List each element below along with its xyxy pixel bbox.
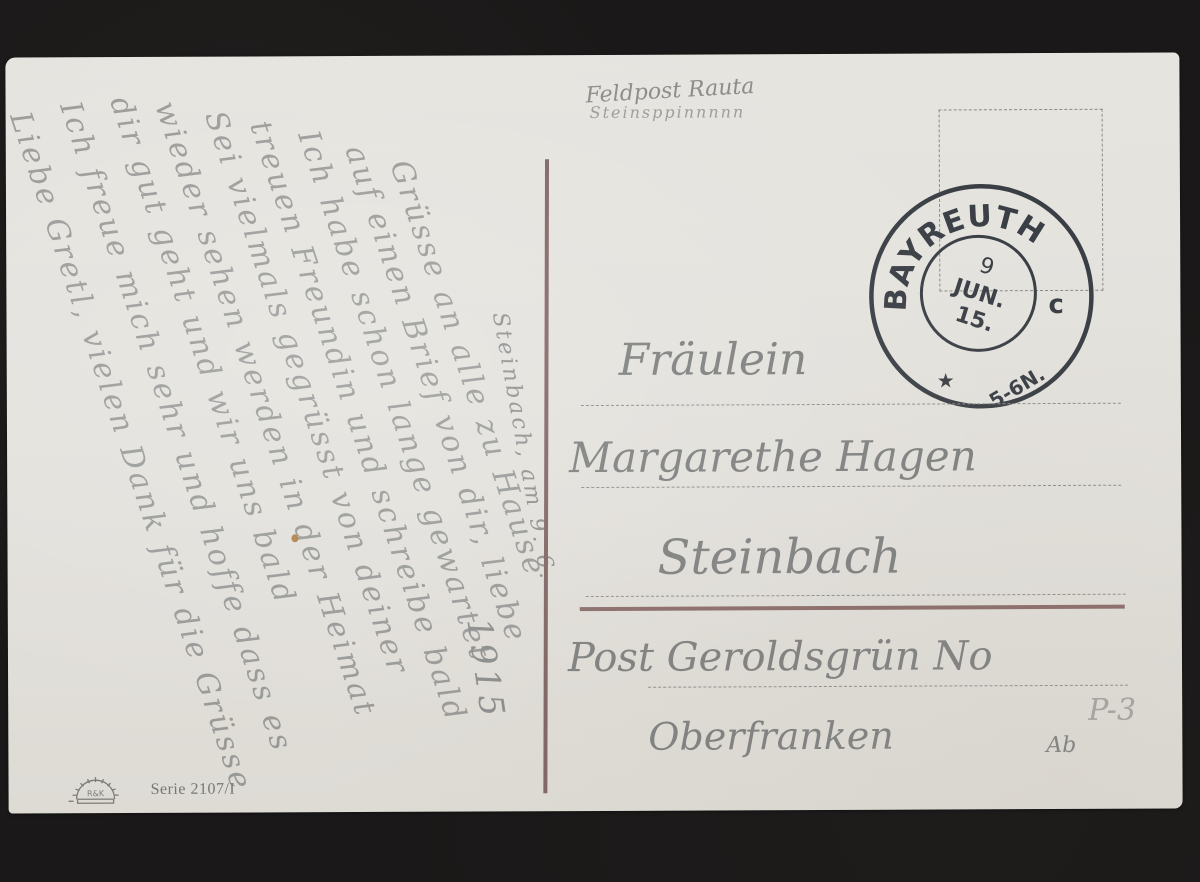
sunburst-logo-icon: R&K <box>68 775 122 805</box>
center-divider <box>543 159 549 793</box>
message-line: Ich freue mich sehr und hoffe dass es <box>52 97 299 757</box>
message-year: 1915 <box>458 615 512 722</box>
address-dotted-line <box>586 594 1126 597</box>
svg-text:R&K: R&K <box>87 789 105 798</box>
postmark: BAYREUTH 1 9 JUN. 15. c ★ 5-6N. <box>866 181 1097 412</box>
address-dotted-line <box>648 685 1128 688</box>
svg-text:9: 9 <box>976 253 997 281</box>
message-line: Liebe Gretl, vielen Dank für die Grüsse <box>5 107 259 796</box>
handwritten-message: Liebe Gretl, vielen Dank für die Grüsse … <box>5 85 538 807</box>
svg-text:c: c <box>1048 290 1064 320</box>
message-line: wieder sehen werden in der Heimat <box>147 97 383 722</box>
message-date: Steinbach, am 9. 6. <box>487 310 560 583</box>
ink-stain <box>291 534 298 542</box>
svg-text:5-6N.: 5-6N. <box>985 362 1049 412</box>
series-number: Serie 2107/I <box>151 781 236 799</box>
address-name: Margarethe Hagen <box>569 431 977 482</box>
address-region: Oberfranken <box>648 714 894 759</box>
address-underline-bold <box>580 605 1125 611</box>
address-town: Steinbach <box>657 529 901 586</box>
message-line: Ich habe schon lange gewartet <box>290 126 498 666</box>
publisher-imprint: R&K Serie 2107/I <box>68 775 235 806</box>
message-line: Sei vielmals gegrüsst von deiner <box>197 107 416 680</box>
pencil-note: P-3 <box>1088 693 1136 728</box>
sender-note-sub: Steinsppinnnnn <box>590 102 746 122</box>
address-post-office: Post Geroldsgrün No <box>568 633 993 681</box>
address-dotted-line <box>581 485 1121 488</box>
message-line: dir gut geht und wir uns bald <box>102 92 302 610</box>
postcard: Liebe Gretl, vielen Dank für die Grüsse … <box>5 52 1182 813</box>
message-line: treuen Freundin und schreibe bald <box>242 116 473 726</box>
address-extra-mark: Ab <box>1046 733 1076 758</box>
address-salutation: Fräulein <box>619 334 808 386</box>
svg-text:★: ★ <box>937 368 955 392</box>
